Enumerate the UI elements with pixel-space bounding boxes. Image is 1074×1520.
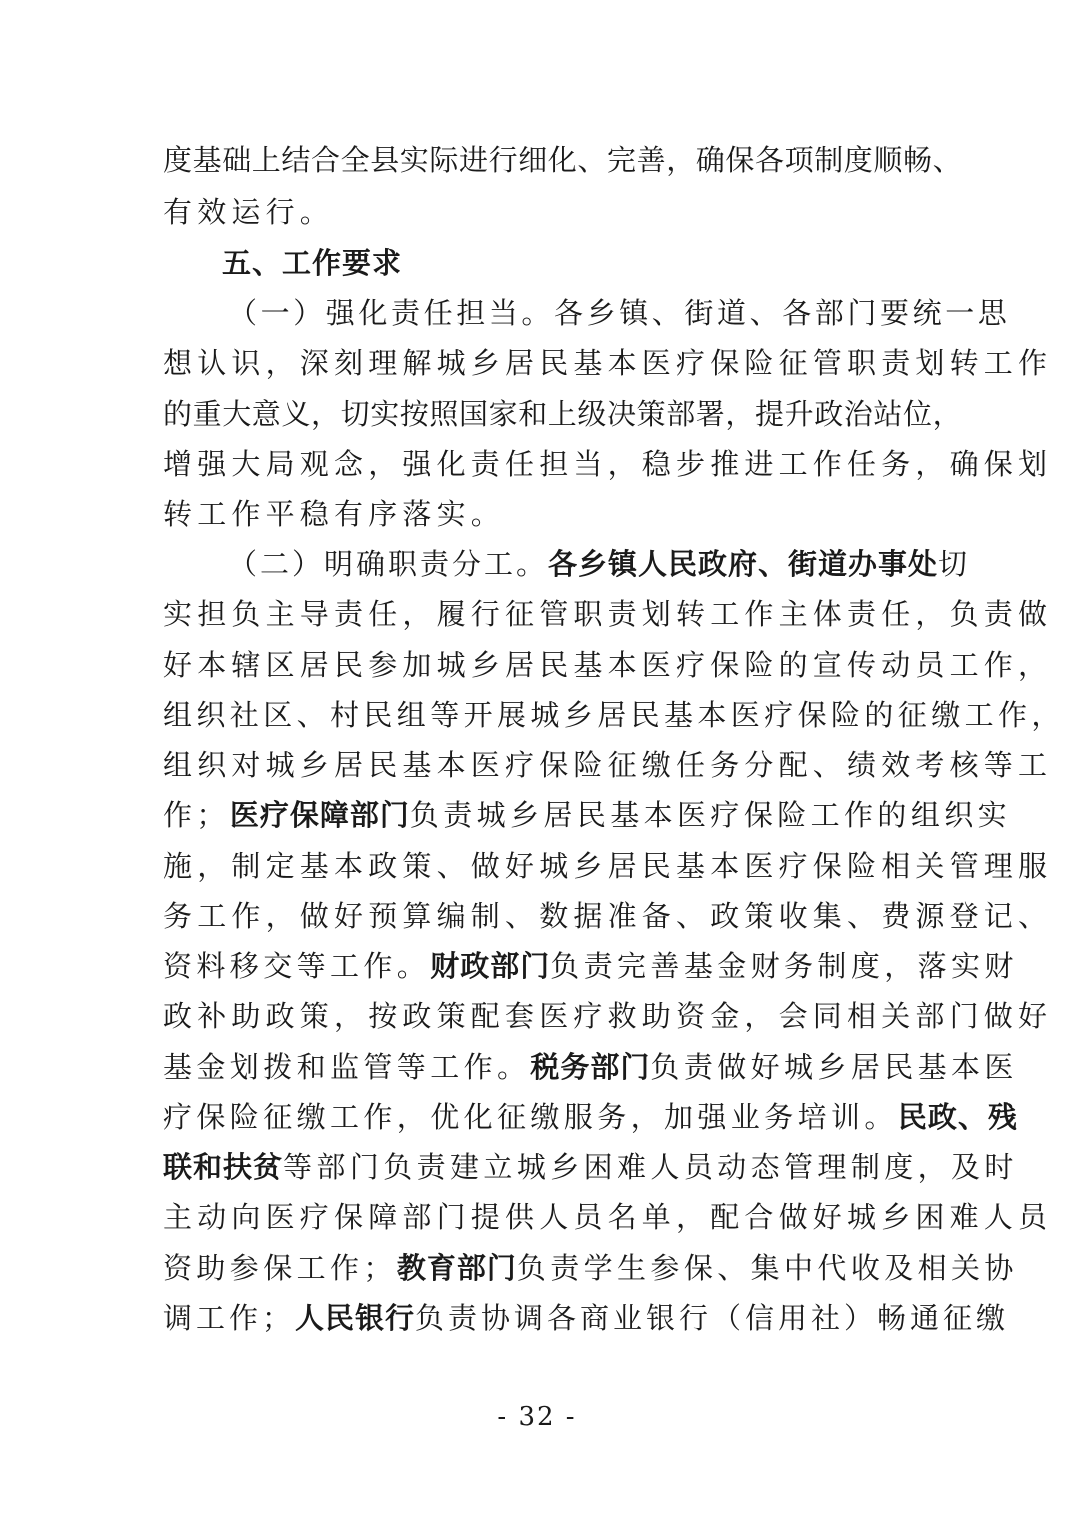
emphasis-peoples-bank: 人民银行 (295, 1301, 415, 1335)
text-segment: 负责完善基金财务制度，落实财 (550, 949, 1018, 983)
item2-line-5: 组织对城乡居民基本医疗保险征缴任务分配、绩效考核等工 (163, 745, 923, 785)
section-heading: 五、工作要求 (222, 243, 982, 283)
document-page: 度基础上结合全县实际进行细化、完善，确保各项制度顺畅、 有效运行。 五、工作要求… (0, 0, 1074, 1520)
item2-line-11: 基金划拨和监管等工作。税务部门负责做好城乡居民基本医 (163, 1047, 923, 1087)
item2-line-15: 资助参保工作；教育部门负责学生参保、集中代收及相关协 (163, 1248, 923, 1288)
item1-line-2: 想认识，深刻理解城乡居民基本医疗保险征管职责划转工作 (163, 343, 923, 383)
item2-line-10: 政补助政策，按政策配套医疗救助资金，会同相关部门做好 (163, 996, 923, 1036)
emphasis-medical-security-dept: 医疗保障部门 (230, 798, 410, 832)
text-segment: 负责做好城乡居民基本医 (650, 1050, 1017, 1084)
item2-line-16: 调工作；人民银行负责协调各商业银行（信用社）畅通征缴 (163, 1298, 923, 1338)
item2-line-2: 实担负主导责任，履行征管职责划转工作主体责任，负责做 (163, 594, 923, 634)
text-segment: 资料移交等工作。 (163, 949, 430, 983)
emphasis-tax-dept: 税务部门 (530, 1050, 650, 1084)
emphasis-education-dept: 教育部门 (397, 1251, 517, 1285)
text-segment: 切 (938, 547, 970, 581)
emphasis-disabled-poverty: 联和扶贫 (163, 1150, 283, 1184)
text-segment: 基金划拨和监管等工作。 (163, 1050, 530, 1084)
item2-line-1: （二）明确职责分工。各乡镇人民政府、街道办事处切 (228, 544, 988, 584)
text-segment: 等部门负责建立城乡困难人员动态管理制度，及时 (283, 1150, 1018, 1184)
item2-heading: （二）明确职责分工。 (228, 547, 548, 581)
text-segment: 负责城乡居民基本医疗保险工作的组织实 (410, 798, 1011, 832)
text-segment: 调工作； (163, 1301, 295, 1335)
text-segment: 作； (163, 798, 230, 832)
item2-line-12: 疗保险征缴工作，优化征缴服务，加强业务培训。民政、残 (163, 1097, 923, 1137)
emphasis-finance-dept: 财政部门 (430, 949, 550, 983)
text-segment: 负责学生参保、集中代收及相关协 (517, 1251, 1018, 1285)
item2-line-3: 好本辖区居民参加城乡居民基本医疗保险的宣传动员工作， (163, 645, 923, 685)
item2-line-9: 资料移交等工作。财政部门负责完善基金财务制度，落实财 (163, 946, 923, 986)
item1-line-5: 转工作平稳有序落实。 (163, 494, 923, 534)
item2-line-13: 联和扶贫等部门负责建立城乡困难人员动态管理制度，及时 (163, 1147, 923, 1187)
emphasis-civil-affairs: 民政、残 (898, 1100, 1018, 1134)
text-segment: 疗保险征缴工作，优化征缴服务，加强业务培训。 (163, 1100, 898, 1134)
item2-line-8: 务工作，做好预算编制、数据准备、政策收集、费源登记、 (163, 896, 923, 936)
item2-line-4: 组织社区、村民组等开展城乡居民基本医疗保险的征缴工作， (163, 695, 923, 735)
continuation-line-2: 有效运行。 (163, 192, 923, 232)
text-segment: 资助参保工作； (163, 1251, 397, 1285)
item2-line-6: 作；医疗保障部门负责城乡居民基本医疗保险工作的组织实 (163, 795, 923, 835)
continuation-line-1: 度基础上结合全县实际进行细化、完善，确保各项制度顺畅、 (163, 140, 923, 180)
item2-line-14: 主动向医疗保障部门提供人员名单，配合做好城乡困难人员 (163, 1197, 923, 1237)
item1-line-3: 的重大意义，切实按照国家和上级决策部署，提升政治站位， (163, 394, 923, 434)
item1-line-4: 增强大局观念，强化责任担当，稳步推进工作任务，确保划 (163, 444, 923, 484)
emphasis-township-government: 各乡镇人民政府、街道办事处 (548, 547, 938, 581)
text-segment: 负责协调各商业银行（信用社）畅通征缴 (415, 1301, 1009, 1335)
item2-line-7: 施，制定基本政策、做好城乡居民基本医疗保险相关管理服 (163, 846, 923, 886)
page-number: - 32 - (0, 1402, 1074, 1432)
item1-line-1: （一）强化责任担当。各乡镇、街道、各部门要统一思 (228, 293, 988, 333)
